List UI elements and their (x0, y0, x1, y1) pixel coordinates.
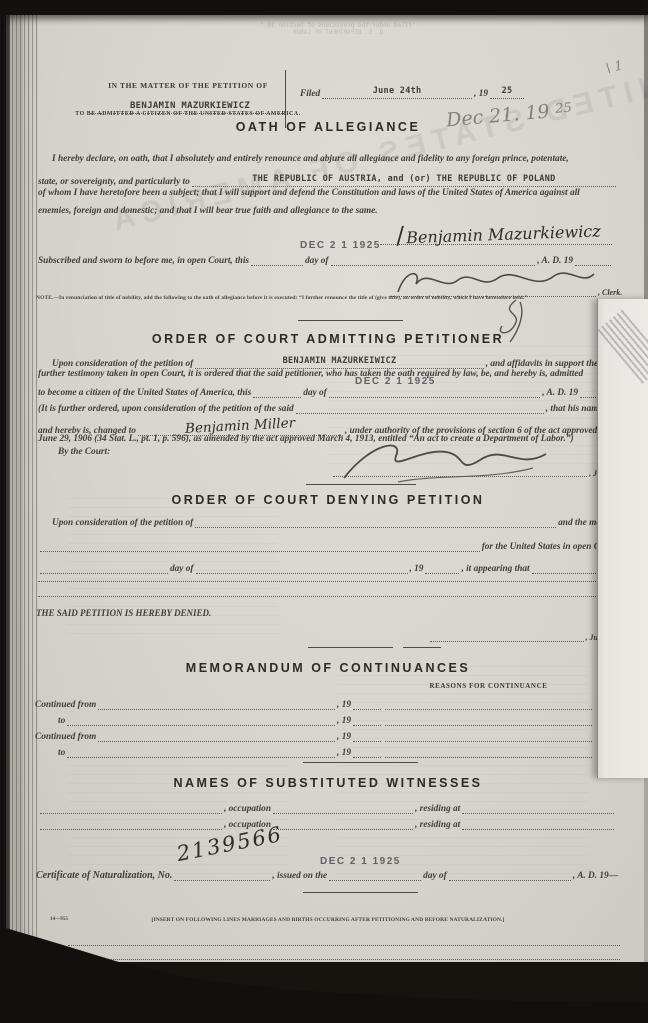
blank (67, 716, 335, 726)
deny-line-1: Upon consideration of the petition of an… (38, 518, 616, 528)
clerk-signature-line (390, 272, 596, 297)
section-divider (403, 647, 441, 648)
blank-line (68, 936, 620, 946)
date-stamp-certificate: DEC 2 1 1925 (320, 856, 401, 867)
blank (353, 716, 381, 726)
oath-line-3: of whom I have heretofore been a subject… (38, 188, 580, 198)
allegiance-line: THE REPUBLIC OF AUSTRIA, and (or) THE RE… (192, 168, 616, 187)
certificate-row: Certificate of Naturalization, No. , iss… (36, 870, 618, 881)
continuance-y19: , 19 (337, 716, 351, 726)
blank (174, 871, 270, 881)
admit-petitioner-name-line: BENJAMIN MAZURKEIWICZ (195, 350, 483, 369)
section-divider (303, 892, 418, 893)
blank (40, 542, 480, 552)
judge-signature-line (333, 452, 587, 477)
section-divider (298, 320, 403, 321)
reasons-header: REASONS FOR CONTINUANCE (385, 682, 592, 690)
filed-label: Filed (300, 89, 320, 99)
certificate-label: Certificate of Naturalization, No. (36, 870, 172, 881)
blank (251, 256, 303, 266)
scanned-document: "filed under the provisions of Section 1… (0, 0, 648, 1023)
continuance-row: Continued from , 19 (35, 700, 383, 710)
certificate-issued-label: , issued on the (272, 871, 327, 881)
continuance-y19: , 19 (337, 748, 351, 758)
petition-denied-text: THE SAID PETITION IS HEREBY DENIED. (36, 608, 211, 618)
pencil-date-suffix: 25 (555, 101, 573, 117)
continuance-label: Continued from (35, 732, 96, 742)
by-the-court: By the Court: (58, 447, 110, 457)
blank (98, 700, 335, 710)
continuance-row: Continued from , 19 (35, 732, 383, 742)
blank (273, 820, 413, 830)
continuances-heading: MEMORANDUM OF CONTINUANCES (18, 661, 638, 675)
pencil-corner-mark: \ 1 (605, 59, 624, 77)
filed-date-line: June 24th (322, 80, 472, 99)
deny-l1-pre: Upon consideration of the petition of (52, 518, 193, 528)
certificate-day-of: day of (423, 871, 447, 881)
section-divider (306, 484, 416, 485)
admit-petitioner-name: BENJAMIN MAZURKEIWICZ (283, 356, 397, 366)
reason-line (385, 716, 592, 726)
caption-in-matter: IN THE MATTER OF THE PETITION OF (63, 81, 313, 90)
reason-line (385, 732, 592, 742)
witness-row: , occupation , residing at (38, 820, 616, 830)
admit-l3-pre: to become a citizen of the United States… (38, 388, 251, 398)
form-number: 14—955 (50, 917, 68, 922)
blank (462, 820, 614, 830)
footer-insert-note: [INSERT ON FOLLOWING LINES MARRIAGES AND… (113, 917, 543, 923)
deny-judge-row: , Ju (428, 632, 598, 642)
blank-line (63, 950, 620, 960)
blank (353, 732, 381, 742)
reason-line (385, 700, 592, 710)
continuance-y19: , 19 (337, 732, 351, 742)
oath-line-4: enemies, foreign and domestic; and that … (38, 206, 378, 216)
blank (449, 871, 571, 881)
bleedthrough-text: "filed under the provisions of Section 1… (188, 22, 488, 36)
deny-l2-post: for the United States in open Court (482, 542, 616, 552)
blank (329, 388, 540, 398)
blank (462, 804, 614, 814)
deposition-notice-slip: U. S. DEPARTMENT OF LABOR NATURALIZATION… (597, 299, 648, 778)
oath-line-1: I hereby declare, on oath, that I absolu… (52, 154, 569, 164)
bleedthrough-texture (338, 664, 588, 874)
blank-line (38, 587, 614, 597)
admit-line-1: Upon consideration of the petition of BE… (38, 350, 616, 369)
section-divider (308, 647, 393, 648)
continuance-row: to , 19 (58, 716, 383, 726)
admit-l1-pre: Upon consideration of the petition of (52, 359, 193, 369)
blank (40, 804, 222, 814)
blank (195, 518, 556, 528)
admit-line-2: further testimony taken in open Court, i… (38, 369, 583, 379)
continuance-label: Continued from (35, 700, 96, 710)
certificate-ad: , A. D. 19— (573, 871, 618, 881)
admit-line-4: (It is further ordered, upon considerati… (38, 404, 616, 414)
denying-heading: ORDER OF COURT DENYING PETITION (18, 493, 638, 507)
residing-label: , residing at (415, 820, 460, 830)
blank (329, 871, 421, 881)
subscribed-pre: Subscribed and sworn to before me, in op… (38, 256, 249, 266)
blank (253, 388, 301, 398)
blank-line (38, 572, 614, 582)
blank (67, 748, 335, 758)
continuance-y19: , 19 (337, 700, 351, 710)
blank (273, 804, 413, 814)
date-stamp-admit: DEC 2 1 1925 (355, 376, 436, 387)
filed-year: 25 (502, 86, 513, 96)
continuance-label: to (58, 716, 65, 726)
blank (353, 748, 381, 758)
document-page: "filed under the provisions of Section 1… (8, 14, 648, 962)
admit-line-3: to become a citizen of the United States… (38, 388, 616, 398)
bleedthrough-line2: U. S. DEPARTMENT OF LABOR (188, 29, 488, 36)
witnesses-heading: NAMES OF SUBSTITUTED WITNESSES (18, 776, 638, 790)
allegiance-typed: THE REPUBLIC OF AUSTRIA, and (or) THE RE… (252, 174, 555, 184)
continuance-label: to (58, 748, 65, 758)
subscribed-day-of: day of (305, 256, 329, 266)
deny-line-2: for the United States in open Court (38, 542, 616, 552)
oath-line-2: state, or sovereignty, and particularly … (38, 168, 618, 187)
admitting-heading: ORDER OF COURT ADMITTING PETITIONER (18, 332, 638, 346)
bleedthrough-line1: "filed under the provisions of Section 1… (188, 22, 488, 29)
blank (353, 700, 381, 710)
filed-date: June 24th (373, 86, 422, 96)
admit-l4-pre: (It is further ordered, upon considerati… (38, 404, 294, 414)
admit-day-of: day of (303, 388, 327, 398)
blank (40, 820, 222, 830)
petitioner-name: BENJAMIN MAZURKIEWICZ (130, 101, 250, 111)
residing-label: , residing at (415, 804, 460, 814)
filed-row: Filed June 24th , 19 25 (300, 80, 526, 99)
continuance-row: to , 19 (58, 748, 383, 758)
blank (296, 404, 544, 414)
caption-admit-line: TO BE ADMITTED A CITIZEN OF THE UNITED S… (63, 111, 313, 117)
witness-row: , occupation , residing at (38, 804, 616, 814)
blank (430, 632, 584, 642)
reason-line (385, 748, 592, 758)
oath-heading: OATH OF ALLEGIANCE (18, 120, 638, 134)
date-stamp-oath: DEC 2 1 1925 (300, 240, 381, 251)
occupation-label: , occupation (224, 804, 271, 814)
scan-top-edge (0, 0, 648, 15)
admit-ad19: , A. D. 19 (542, 388, 578, 398)
oath-line2-pre: state, or sovereignty, and particularly … (38, 177, 190, 187)
filed-year-line: 25 (490, 80, 524, 99)
blank (98, 732, 335, 742)
filed-year-prefix: , 19 (474, 89, 488, 99)
section-divider (303, 762, 418, 763)
